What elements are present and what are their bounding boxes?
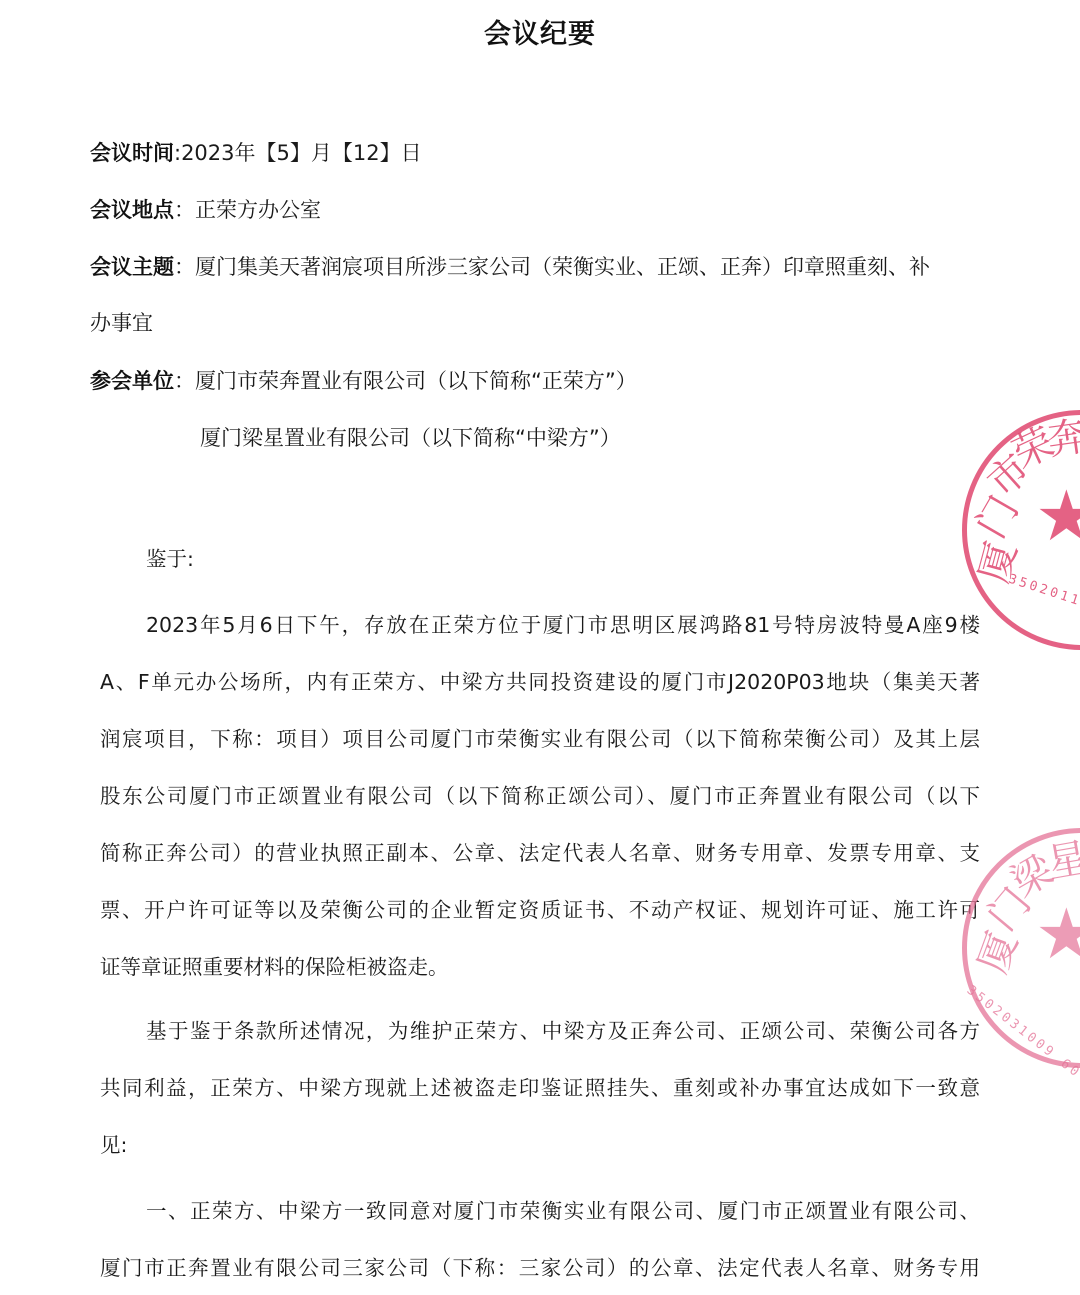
meeting-topic-cont: 办事宜 bbox=[90, 308, 153, 338]
seal-char: 市 bbox=[973, 439, 1041, 508]
para1-line: 股东公司厦门市正颂置业有限公司（以下简称正颂公司）、厦门市正奔置业有限公司（以下 bbox=[100, 781, 980, 811]
participants-label: 参会单位 bbox=[90, 369, 174, 393]
meeting-topic: 会议主题：厦门集美天著润宸项目所涉三家公司（荣衡实业、正颂、正奔）印章照重刻、补 bbox=[90, 252, 930, 282]
seal-char: 门 bbox=[960, 484, 1029, 547]
participant-1: ：厦门市荣奔置业有限公司（以下简称“正荣方”） bbox=[174, 369, 637, 393]
seal-char: 奔 bbox=[1043, 404, 1080, 466]
meeting-time-label: 会议时间 bbox=[90, 141, 174, 165]
participant-2: 厦门梁星置业有限公司（以下简称“中梁方”） bbox=[200, 423, 621, 453]
seal-char: 厦 bbox=[962, 535, 1027, 588]
seal-char: 梁 bbox=[999, 839, 1062, 908]
para1-line: 证等章证照重要材料的保险柜被盗走。 bbox=[100, 952, 980, 982]
para2-line: 基于鉴于条款所述情况，为维护正荣方、中梁方及正奔公司、正颂公司、荣衡公司各方 bbox=[146, 1016, 980, 1046]
para2-line: 共同利益，正荣方、中梁方现就上述被盗走印鉴证照挂失、重刻或补办事宜达成如下一致意 bbox=[100, 1073, 980, 1103]
meeting-time: 会议时间:2023年【5】月【12】日 bbox=[90, 138, 422, 168]
para2-line: 见: bbox=[100, 1130, 980, 1160]
whereas-heading: 鉴于: bbox=[146, 544, 194, 574]
para1-line: A、F单元办公场所，内有正荣方、中梁方共同投资建设的厦门市J2020P03地块（… bbox=[100, 667, 980, 697]
seal-char: 门 bbox=[972, 874, 1041, 941]
meeting-topic-label: 会议主题 bbox=[90, 255, 174, 279]
para1-line: 票、开户许可证等以及荣衡公司的企业暂定资质证书、不动产权证、规划许可证、施工许可 bbox=[100, 895, 980, 925]
para1-line: 润宸项目，下称：项目）项目公司厦门市荣衡实业有限公司（以下简称荣衡公司）及其上层 bbox=[100, 724, 980, 754]
seal-star-icon: ★ bbox=[1035, 475, 1080, 557]
meeting-place-value: ：正荣方办公室 bbox=[174, 198, 321, 222]
seal-char: 荣 bbox=[1002, 411, 1062, 480]
para3-line: 厦门市正奔置业有限公司三家公司（下称：三家公司）的公章、法定代表人名章、财务专用 bbox=[100, 1253, 980, 1283]
seal-number: 3502031009 60 bbox=[964, 983, 1080, 1106]
meeting-place-label: 会议地点 bbox=[90, 198, 174, 222]
meeting-place: 会议地点：正荣方办公室 bbox=[90, 195, 321, 225]
meeting-time-value: :2023年【5】月【12】日 bbox=[174, 141, 422, 165]
seal-star-icon: ★ bbox=[1035, 893, 1080, 975]
para3-line: 一、正荣方、中梁方一致同意对厦门市荣衡实业有限公司、厦门市正颂置业有限公司、 bbox=[146, 1196, 980, 1226]
meeting-topic-value: ：厦门集美天著润宸项目所涉三家公司（荣衡实业、正颂、正奔）印章照重刻、补 bbox=[174, 255, 930, 279]
document-title: 会议纪要 bbox=[0, 12, 1080, 51]
para1-line: 2023年5月6日下午，存放在正荣方位于厦门市思明区展鸿路81号特房波特曼A座9… bbox=[146, 610, 980, 640]
seal-char: 星 bbox=[1042, 826, 1080, 889]
participants: 参会单位：厦门市荣奔置业有限公司（以下简称“正荣方”） bbox=[90, 366, 637, 396]
seal-number: 3502011 bbox=[1007, 572, 1080, 610]
para1-line: 简称正奔公司）的营业执照正副本、公章、法定代表人名章、财务专用章、发票专用章、支 bbox=[100, 838, 980, 868]
